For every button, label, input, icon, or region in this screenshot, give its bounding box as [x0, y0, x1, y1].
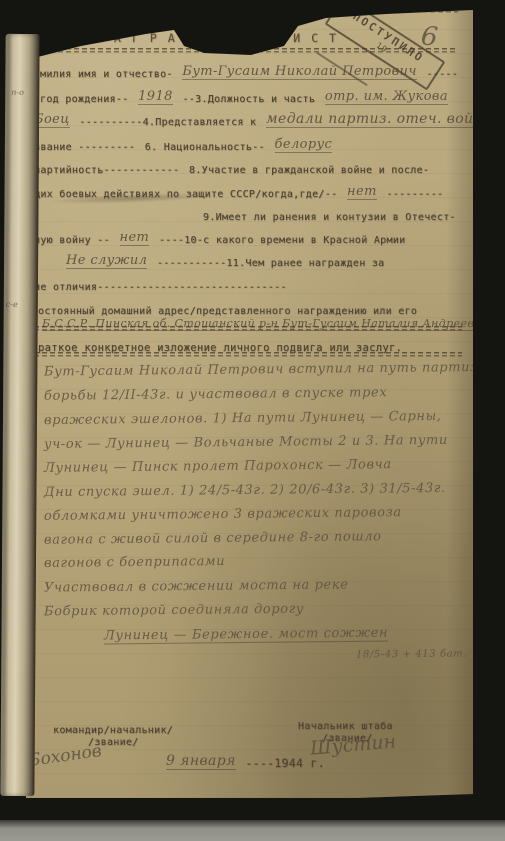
citation-note: 18/5-43 + 413 бат. — [356, 648, 467, 660]
citation-line: Дни спуска эшел. 1) 24/5-43г. 2) 20/6-43… — [44, 481, 446, 500]
separator-line — [34, 326, 462, 331]
field-party-label: партийность------------ — [34, 165, 179, 176]
field-duty-value: отр. им. Жукова — [325, 89, 448, 105]
date-handwritten: 9 января — [166, 753, 236, 770]
page-number: 6 — [419, 21, 439, 53]
field-wounds2: ную войну -- нет ----10-с какого времени… — [34, 228, 405, 247]
margin-fragment: с-е — [6, 300, 18, 309]
separator-line — [366, 8, 458, 13]
document-scan: НАГРАДНОЙ ЛИСТ ПОСТУПИЛО 19 6 милия имя … — [0, 0, 505, 841]
field-duty-label: --3.Должность и часть — [182, 94, 315, 105]
field-nominated: Боец ----------4.Представляется к медали… — [34, 110, 505, 129]
citation-line: борьбы 12/II-43г. и участвовал в спуске … — [44, 385, 387, 404]
field-war-value: нет — [120, 230, 150, 246]
commander-signature: Бохонов — [27, 741, 103, 771]
margin-fragment: п-о — [11, 88, 24, 97]
field-name: милия имя и отчество- Бут-Гусаим Николай… — [40, 62, 458, 81]
field-civilwar-label: 8.Участие в гражданской войне и после- — [189, 165, 429, 176]
field-position-value: Боец — [34, 112, 70, 128]
field-war-label: ную войну -- — [34, 235, 110, 246]
citation-line: Бобрик которой соединяла дорогу — [44, 602, 304, 620]
field-service-value: Не служил — [66, 253, 147, 269]
field-service: Не служил -----------11.Чем ранее награж… — [66, 251, 384, 270]
field-nationality-value: белорус — [275, 137, 333, 153]
field-name-label: милия имя и отчество- — [40, 69, 173, 80]
field-rank-label: звание --------- — [34, 142, 135, 153]
field-birth-duty: год рождения-- 1918 --3.Должность и част… — [40, 87, 448, 106]
field-distinctions-label: ие отличия------------------------------ — [34, 282, 287, 293]
field-name-tail: ----- — [426, 69, 458, 80]
separator-line — [34, 352, 462, 357]
field-birthyear-label: год рождения-- — [40, 94, 129, 105]
date-line: 9 января ----1944 г. — [166, 752, 325, 771]
field-prior-awards-label: -----------11.Чем ранее награжден за — [157, 258, 385, 269]
field-redarmy-label: ----10-с какого времени в Красной Армии — [159, 235, 406, 246]
field-wounds: 9.Имеет ли ранения и контузии в Отечест- — [203, 205, 456, 224]
citation-line: обломками уничтожено 3 вражеских паровоз… — [44, 505, 402, 524]
citation-line: Лунинец — Пинск пролет Парохонск — Ловча — [44, 457, 392, 476]
field-name-value: Бут-Гусаим Николай Петрович — [182, 64, 416, 80]
citation-line: вагонов с боеприпасами — [44, 554, 225, 571]
citation-line: Участвовал в сожжении моста на реке — [44, 577, 349, 595]
award-sheet-page: НАГРАДНОЙ ЛИСТ ПОСТУПИЛО 19 6 милия имя … — [26, 6, 473, 798]
citation-line: Лунинец — Бережное. мост сожжен — [104, 626, 388, 645]
field-nationality-label: 6. Национальность-- — [145, 142, 265, 153]
field-wounds-label: 9.Имеет ли ранения и контузии в Отечест- — [203, 212, 456, 223]
scanner-band — [0, 820, 505, 841]
field-award-value: медали партиз. отеч. войны 1 ст. — [266, 111, 505, 128]
field-actions-tail: --------- — [386, 189, 443, 200]
citation-line: Бут-Гусаим Николай Петрович вступил на п… — [44, 359, 505, 379]
field-actions-value: нет — [347, 184, 377, 200]
field-party: партийность------------ 8.Участие в граж… — [34, 158, 429, 177]
field-nationality: звание --------- 6. Национальность-- бел… — [34, 135, 332, 154]
binding-edge: п-о с-е — [0, 34, 39, 796]
page-title: НАГРАДНОЙ ЛИСТ — [96, 31, 347, 45]
citation-line: вражеских эшелонов. 1) На пути Лунинец —… — [44, 409, 442, 428]
citation-line: вагона с живой силой в середине 8-го пош… — [44, 529, 382, 548]
citation-line: уч-ок — Лунинец — Вольчаные Мосты 2 и 3.… — [44, 433, 448, 452]
field-nominated-label: ----------4.Представляется к — [79, 117, 256, 128]
field-distinctions: ие отличия------------------------------ — [34, 275, 287, 294]
field-birthyear-value: 1918 — [138, 89, 173, 105]
